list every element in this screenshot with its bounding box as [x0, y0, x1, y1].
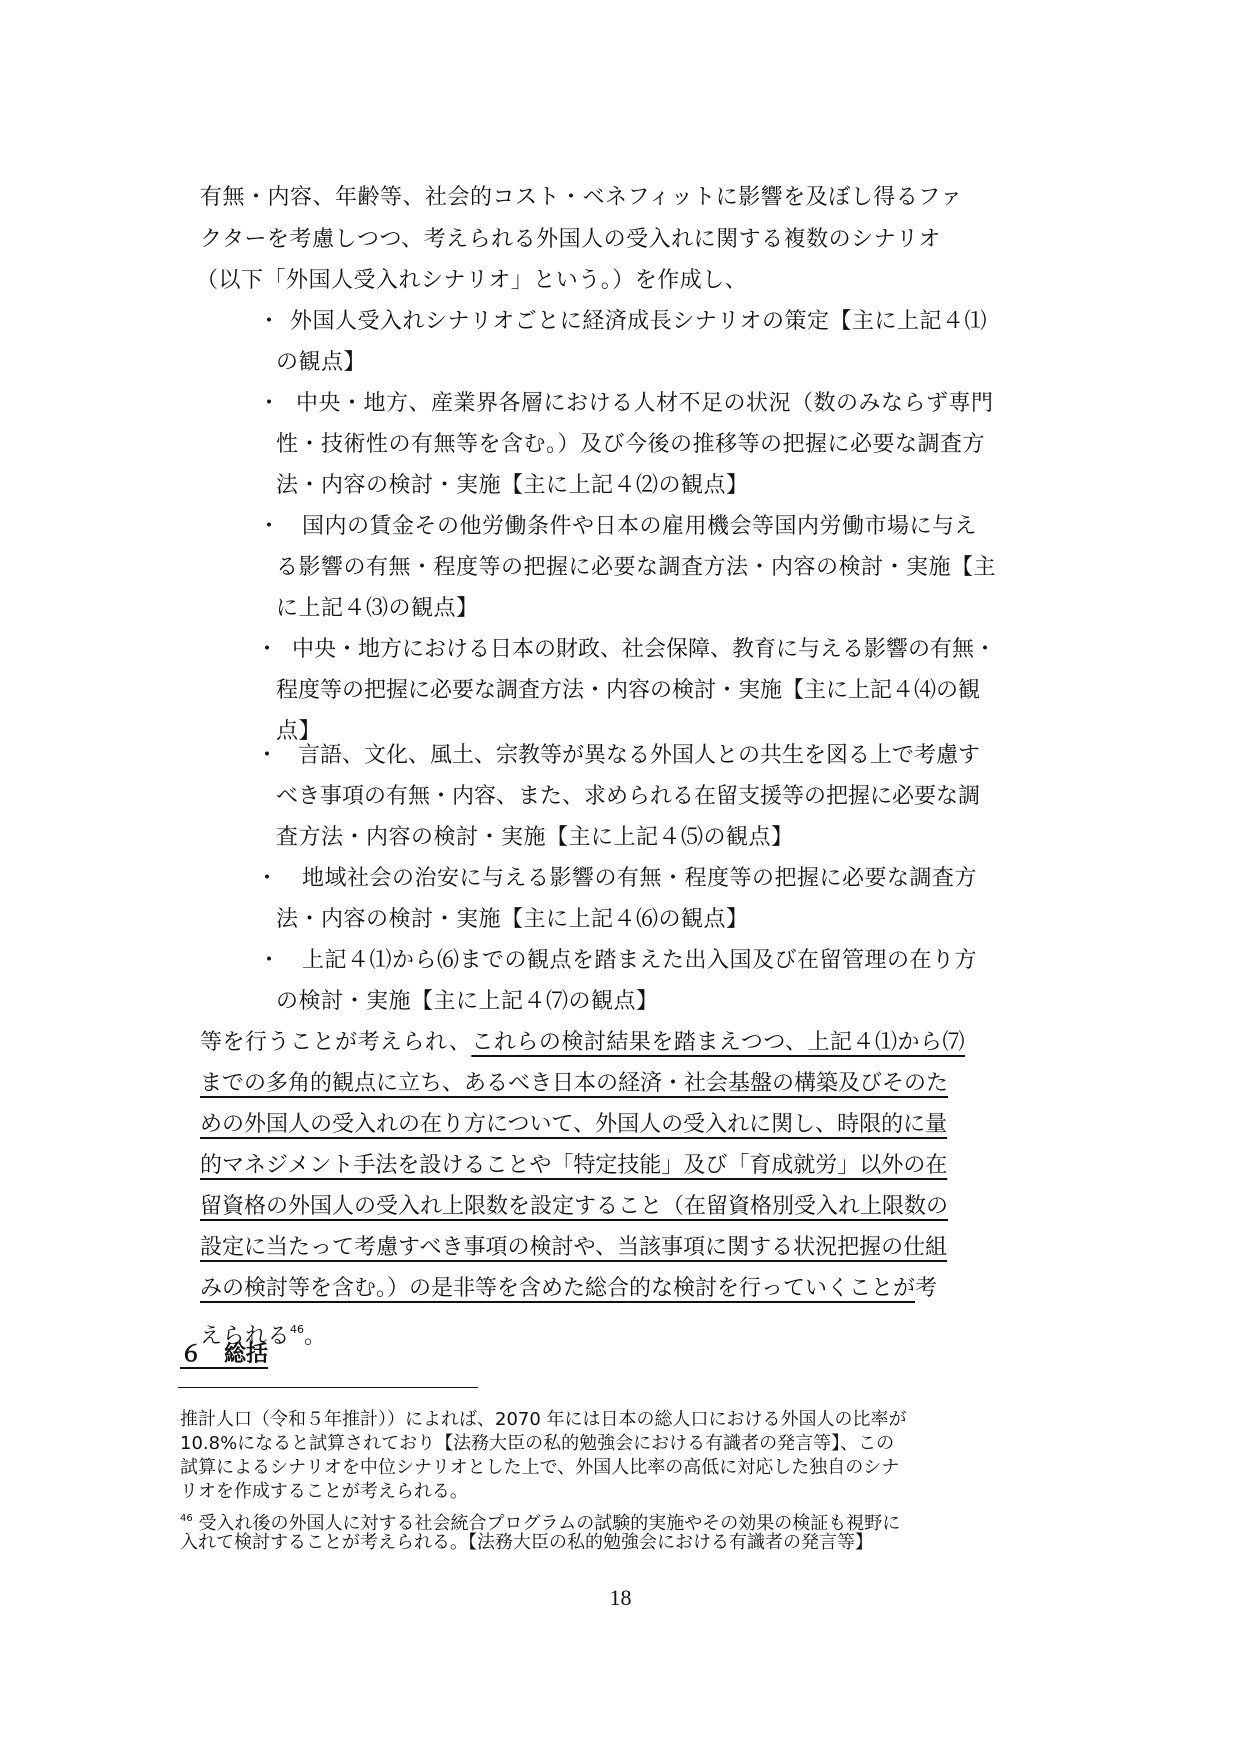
bullet-1-line-1: 外国人受入れシナリオごとに経済成長シナリオの策定【主に上記４⑴: [290, 307, 987, 337]
bullet-icon: ・: [258, 512, 280, 542]
bullet-1-line-2: の観点】: [276, 348, 366, 378]
footnote-46-number: 46: [180, 1513, 193, 1524]
conclusion-line-4: 的マネジメント手法を設けることや「特定技能」及び「育成就労」以外の在: [200, 1151, 947, 1181]
document-page: 有無・内容、年齢等、社会的コスト・ベネフィットに影響を及ぼし得るファ クターを考…: [0, 0, 1241, 1754]
bullet-3-line-1: 国内の賃金その他労働条件や日本の雇用機会等国内労働市場に与え: [302, 512, 977, 542]
conclusion-line-3: めの外国人の受入れの在り方について、外国人の受入れに関し、時限的に量: [200, 1110, 947, 1140]
footnote-continued-line-2: 10.8%になると試算されており【法務大臣の私的勉強会における有識者の発言等】、…: [180, 1432, 894, 1456]
footnote-continued-line-4: リオを作成することが考えられる。: [180, 1480, 468, 1504]
bullet-6-line-1: 地域社会の治安に与える影響の有無・程度等の把握に必要な調査方: [302, 864, 977, 894]
bullet-5-line-2: べき事項の有無・内容、また、求められる在留支援等の把握に必要な調: [276, 782, 980, 812]
bullet-4-line-2: 程度等の把握に必要な調査方法・内容の検討・実施【主に上記４⑷の観: [276, 676, 980, 706]
conclusion-line-2: までの多角的観点に立ち、あるべき日本の経済・社会基盤の構築及びそのた: [200, 1069, 948, 1099]
bullet-4-line-1: 中央・地方における日本の財政、社会保障、教育に与える影響の有無・: [292, 635, 996, 665]
conclusion-line-1: 等を行うことが考えられ、これらの検討結果を踏まえつつ、上記４⑴から⑺: [200, 1028, 965, 1058]
conclusion-plain-text: 考: [915, 1276, 937, 1301]
conclusion-underlined-text: みの検討等を含む。）の是非等を含めた総合的な検討を行っていくことが: [200, 1276, 915, 1301]
bullet-icon: ・: [258, 389, 280, 419]
bullet-icon: ・: [256, 741, 278, 771]
bullet-5-line-3: 査方法・内容の検討・実施【主に上記４⑸の観点】: [276, 823, 794, 853]
bullet-5-line-1: 言語、文化、風土、宗教等が異なる外国人との共生を図る上で考慮す: [298, 741, 980, 771]
footnote-continued-line-3: 試算によるシナリオを中位シナリオとした上で、外国人比率の高低に対応した独自のシナ: [180, 1456, 899, 1480]
conclusion-line-6: 設定に当たって考慮すべき事項の検討や、当該事項に関する状況把握の仕組: [200, 1233, 947, 1263]
bullet-2-line-3: 法・内容の検討・実施【主に上記４⑵の観点】: [276, 471, 749, 501]
bullet-icon: ・: [258, 307, 280, 337]
bullet-7-line-1: 上記４⑴から⑹までの観点を踏まえた出入国及び在留管理の在り方: [302, 946, 977, 976]
bullet-7-line-2: の検討・実施【主に上記４⑺の観点】: [276, 987, 659, 1017]
bullet-icon: ・: [256, 864, 278, 894]
bullet-6-line-2: 法・内容の検討・実施【主に上記４⑹の観点】: [276, 905, 749, 935]
bullet-icon: ・: [258, 946, 280, 976]
conclusion-plain-text: 等を行うことが考えられ、: [200, 1030, 471, 1055]
bullet-3-line-2: る影響の有無・程度等の把握に必要な調査方法・内容の検討・実施【主: [276, 553, 996, 583]
footnote-continued-line-1: 推計人口（令和５年推計））によれば、2070 年には日本の総人口における外国人の…: [180, 1408, 907, 1432]
bullet-3-line-3: に上記４⑶の観点】: [276, 594, 479, 624]
conclusion-line-7: みの検討等を含む。）の是非等を含めた総合的な検討を行っていくことが考: [200, 1274, 937, 1304]
footnote-46-line-2: 入れて検討することが考えられる。【法務大臣の私的勉強会における有識者の発言等】: [180, 1531, 873, 1555]
footnote-ref-46[interactable]: 46: [290, 1323, 304, 1336]
bullet-icon: ・: [256, 635, 278, 665]
page-number: 18: [0, 1585, 1241, 1611]
conclusion-underlined-text: これらの検討結果を踏まえつつ、上記４⑴から⑺: [471, 1030, 965, 1055]
intro-line-1: 有無・内容、年齢等、社会的コスト・ベネフィットに影響を及ぼし得るファ: [200, 183, 963, 213]
intro-line-3: （以下「外国人受入れシナリオ」という。）を作成し、: [196, 266, 747, 296]
footnote-separator: [178, 1387, 478, 1388]
conclusion-line-5: 留資格の外国人の受入れ上限数を設定すること（在留資格別受入れ上限数の: [200, 1192, 948, 1222]
bullet-2-line-1: 中央・地方、産業界各層における人材不足の状況（数のみならず専門: [296, 389, 994, 419]
conclusion-period: 。: [304, 1324, 327, 1349]
bullet-2-line-2: 性・技術性の有無等を含む。）及び今後の推移等の把握に必要な調査方: [276, 430, 985, 460]
intro-line-2: クターを考慮しつつ、考えられる外国人の受入れに関する複数のシナリオ: [200, 225, 941, 255]
section-heading: ６ 総括: [180, 1340, 268, 1370]
